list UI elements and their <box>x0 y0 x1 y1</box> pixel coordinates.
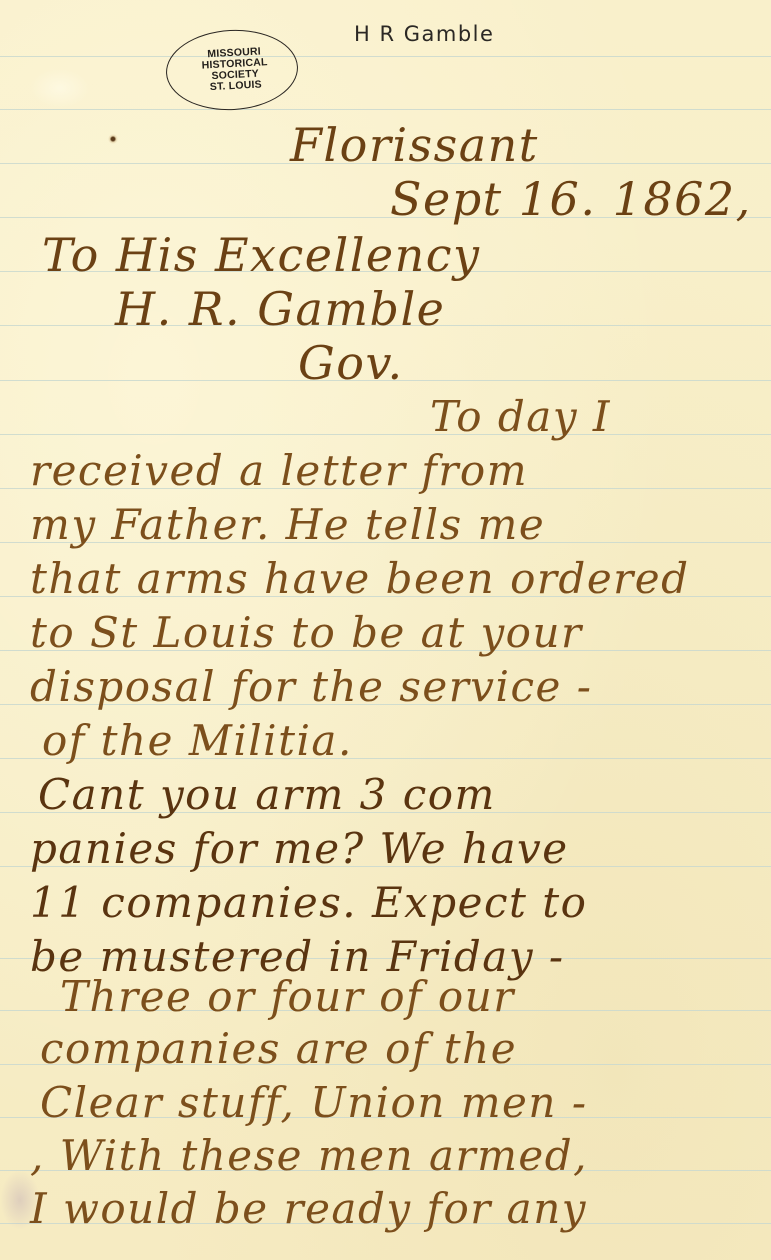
salutation-line-2: H. R. Gamble <box>115 282 445 336</box>
ruled-line <box>0 56 771 57</box>
salutation-line-1: To His Excellency <box>42 228 481 282</box>
letter-date: Sept 16. 1862, <box>390 172 752 226</box>
body-line: Clear stuff, Union men - <box>40 1078 588 1127</box>
letter-place: Florissant <box>290 118 539 172</box>
letter-page: MISSOURI HISTORICAL SOCIETY ST. LOUIS H … <box>0 0 771 1260</box>
body-line: my Father. He tells me <box>30 500 545 549</box>
body-line: panies for me? We have <box>30 824 569 873</box>
body-line: To day I <box>430 392 611 441</box>
body-line: companies are of the <box>40 1024 517 1073</box>
paper-mark <box>30 68 90 108</box>
archive-stamp: MISSOURI HISTORICAL SOCIETY ST. LOUIS <box>164 27 300 114</box>
body-line: Cant you arm 3 com <box>38 770 496 819</box>
ink-spot <box>108 134 118 144</box>
salutation-line-3: Gov. <box>298 336 404 390</box>
body-line: disposal for the service - <box>30 662 592 711</box>
body-line: 11 companies. Expect to <box>30 878 587 927</box>
ruled-line <box>0 109 771 110</box>
body-line: received a letter from <box>30 446 528 495</box>
body-line: Three or four of our <box>60 972 515 1021</box>
body-line: that arms have been ordered <box>30 554 690 603</box>
body-line: of the Militia. <box>42 716 353 765</box>
stamp-line: ST. LOUIS <box>204 79 262 93</box>
collection-label: H R Gamble <box>354 22 494 46</box>
body-line: I would be ready for any <box>30 1184 587 1233</box>
body-line: to St Louis to be at your <box>30 608 583 657</box>
body-line: , With these men armed, <box>30 1131 588 1180</box>
ruled-line <box>0 434 771 435</box>
